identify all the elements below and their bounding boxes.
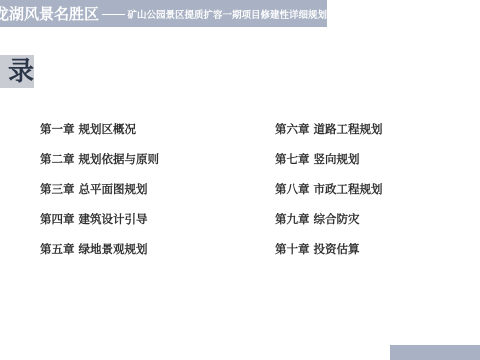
toc-item-chapter-9[interactable]: 第九章综合防灾 <box>275 208 383 238</box>
toc-item-chapter-8[interactable]: 第八章市政工程规划 <box>275 178 383 208</box>
toc-column-right: 第六章道路工程规划 第七章竖向规划 第八章市政工程规划 第九章综合防灾 第十章投… <box>275 118 383 268</box>
toc-item-chapter-6[interactable]: 第六章道路工程规划 <box>275 118 383 148</box>
toc-item-chapter-2[interactable]: 第二章规划依据与原则 <box>40 148 159 178</box>
chapter-number: 第一章 <box>40 122 75 136</box>
chapter-title: 规划依据与原则 <box>79 152 160 166</box>
chapter-title: 绿地景观规划 <box>79 242 148 256</box>
header-bar: 龙湖风景名胜区 矿山公园景区提质扩容一期项目修建性详细规划 <box>0 0 327 27</box>
toc-column-left: 第一章规划区概况 第二章规划依据与原则 第三章总平面图规划 第四章建筑设计引导 … <box>40 118 159 268</box>
chapter-number: 第八章 <box>275 182 310 196</box>
footer-accent-bar <box>390 345 480 360</box>
chapter-title: 综合防灾 <box>314 212 360 226</box>
toc-item-chapter-4[interactable]: 第四章建筑设计引导 <box>40 208 159 238</box>
chapter-number: 第六章 <box>275 122 310 136</box>
toc-item-chapter-3[interactable]: 第三章总平面图规划 <box>40 178 159 208</box>
chapter-number: 第二章 <box>40 152 75 166</box>
toc-item-chapter-5[interactable]: 第五章绿地景观规划 <box>40 238 159 268</box>
chapter-title: 道路工程规划 <box>314 122 383 136</box>
toc-heading-box: 录 <box>0 55 34 88</box>
chapter-title: 市政工程规划 <box>314 182 383 196</box>
toc-item-chapter-7[interactable]: 第七章竖向规划 <box>275 148 383 178</box>
chapter-title: 建筑设计引导 <box>79 212 148 226</box>
chapter-number: 第十章 <box>275 242 310 256</box>
toc-item-chapter-10[interactable]: 第十章投资估算 <box>275 238 383 268</box>
header-divider-line <box>102 14 125 15</box>
header-subtitle: 矿山公园景区提质扩容一期项目修建性详细规划 <box>127 7 327 21</box>
chapter-title: 投资估算 <box>314 242 360 256</box>
chapter-number: 第五章 <box>40 242 75 256</box>
chapter-number: 第九章 <box>275 212 310 226</box>
chapter-number: 第三章 <box>40 182 75 196</box>
toc-heading: 录 <box>8 59 34 85</box>
chapter-number: 第四章 <box>40 212 75 226</box>
header-title: 龙湖风景名胜区 <box>0 3 99 24</box>
chapter-title: 规划区概况 <box>79 122 137 136</box>
toc-item-chapter-1[interactable]: 第一章规划区概况 <box>40 118 159 148</box>
chapter-number: 第七章 <box>275 152 310 166</box>
slide: 龙湖风景名胜区 矿山公园景区提质扩容一期项目修建性详细规划 录 第一章规划区概况… <box>0 0 480 360</box>
chapter-title: 总平面图规划 <box>79 182 148 196</box>
chapter-title: 竖向规划 <box>314 152 360 166</box>
